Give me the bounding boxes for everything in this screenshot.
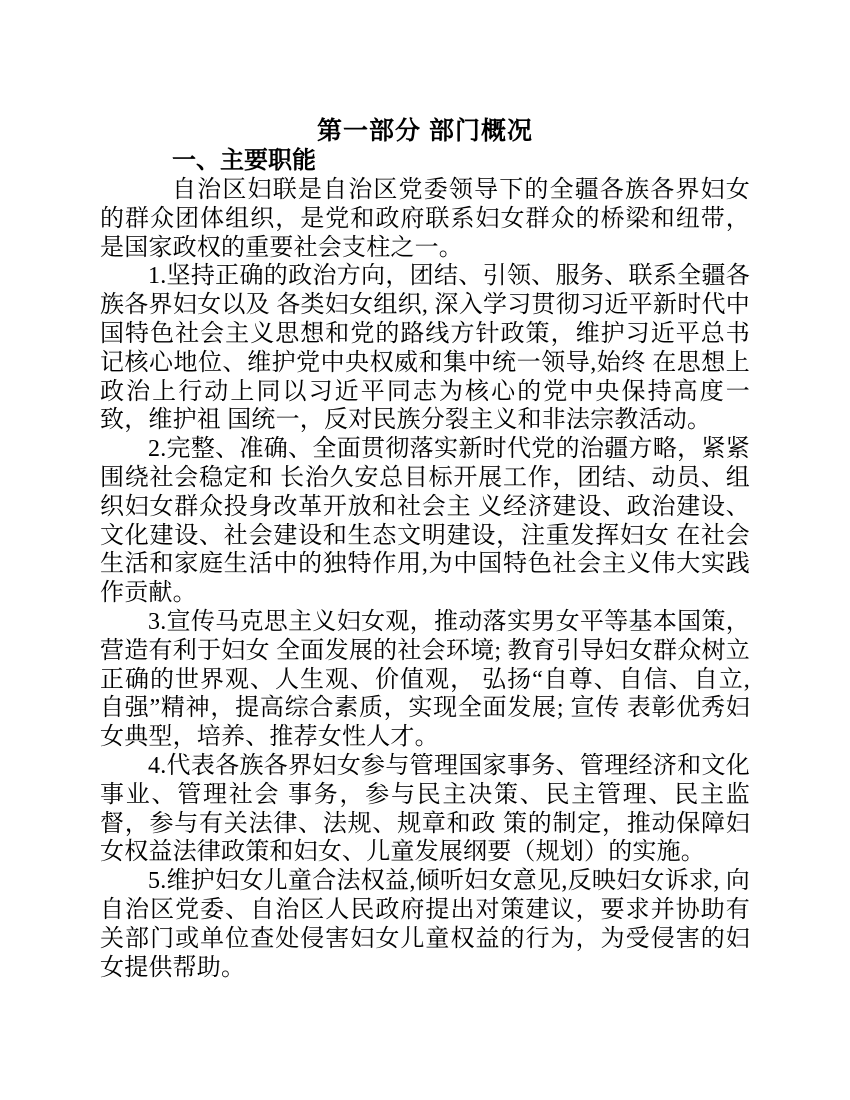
document-title: 第一部分 部门概况 [100, 116, 750, 146]
paragraph-item-2: 2.完整、准确、全面贯彻落实新时代党的治疆方略，紧紧围绕社会稳定和 长治久安总目… [100, 435, 750, 608]
paragraph-item-4: 4.代表各族各界妇女参与管理国家事务、管理经济和文化事业、管理社会 事务，参与民… [100, 752, 750, 867]
document-content: 第一部分 部门概况 一、主要职能 自治区妇联是自治区党委领导下的全疆各族各界妇女… [0, 0, 850, 982]
paragraph-intro: 自治区妇联是自治区党委领导下的全疆各族各界妇女的群众团体组织，是党和政府联系妇女… [100, 176, 750, 262]
document-page: 第一部分 部门概况 一、主要职能 自治区妇联是自治区党委领导下的全疆各族各界妇女… [0, 0, 850, 1100]
paragraph-item-5: 5.维护妇女儿童合法权益,倾听妇女意见,反映妇女诉求, 向自治区党委、自治区人民… [100, 867, 750, 982]
paragraph-item-1: 1.坚持正确的政治方向，团结、引领、服务、联系全疆各族各界妇女以及 各类妇女组织… [100, 262, 750, 435]
section-heading: 一、主要职能 [100, 146, 750, 176]
paragraph-item-3: 3.宣传马克思主义妇女观，推动落实男女平等基本国策，营造有利于妇女 全面发展的社… [100, 608, 750, 752]
